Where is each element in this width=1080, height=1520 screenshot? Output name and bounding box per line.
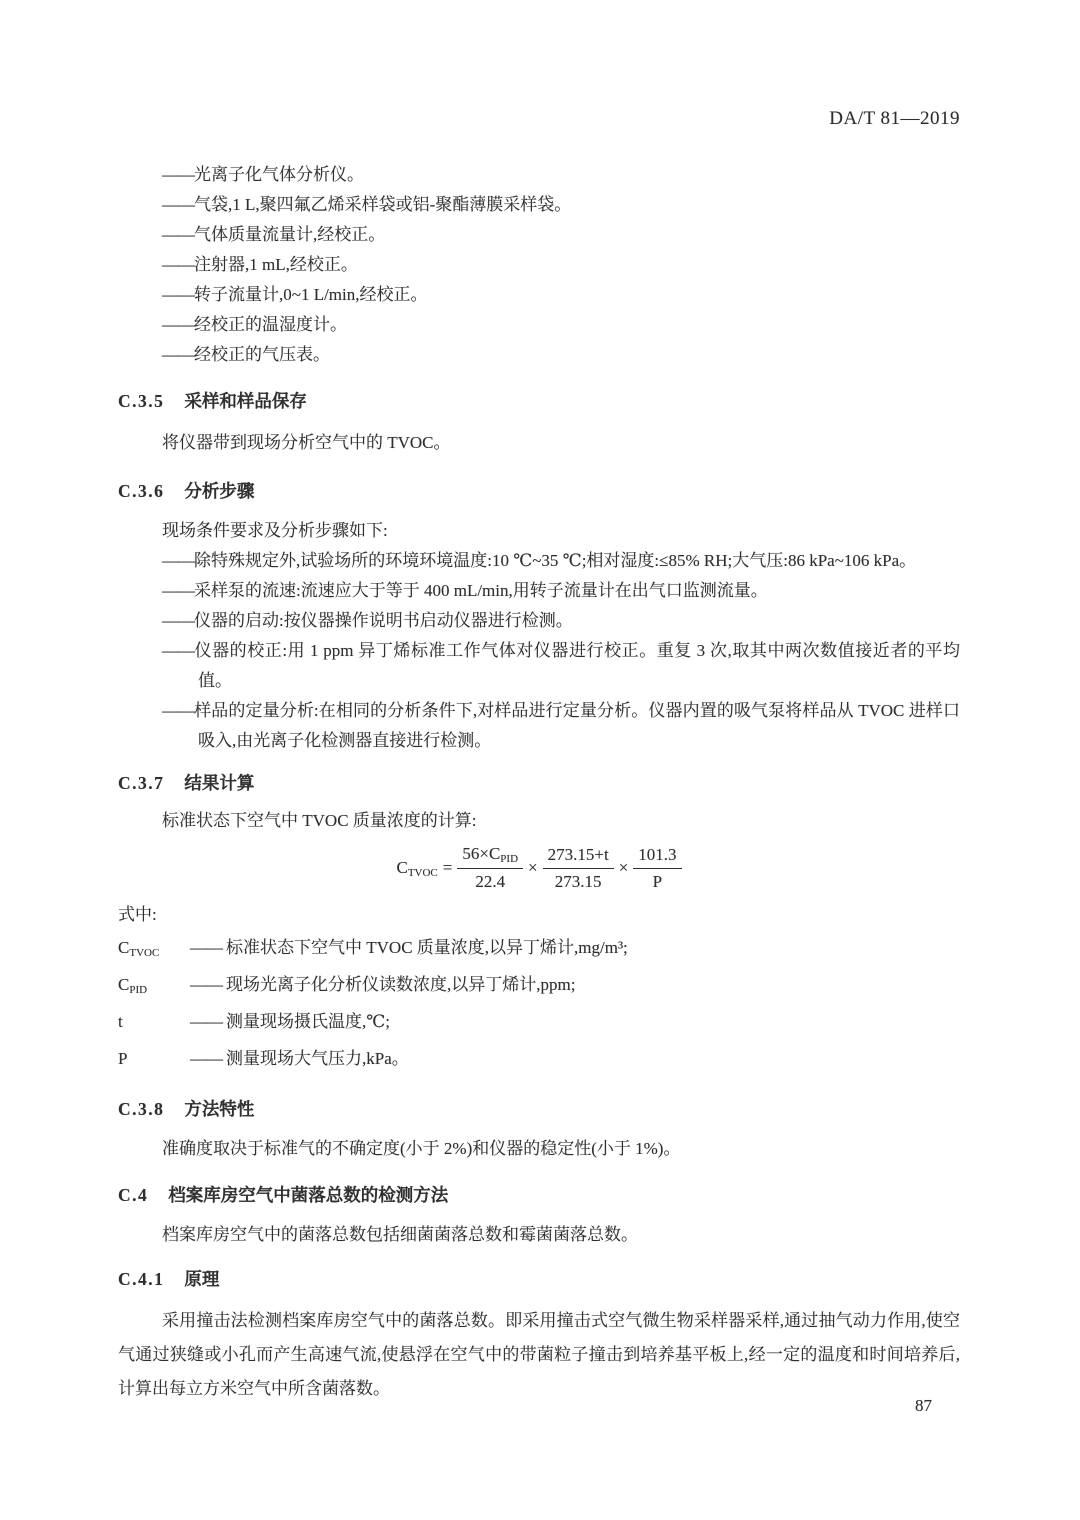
section-number: C.3.6	[118, 481, 164, 501]
list-dash: ——	[162, 165, 194, 184]
list-dash: ——	[162, 255, 194, 274]
symbol-base: P	[118, 1049, 127, 1068]
definition-row: P —— 测量现场大气压力,kPa。	[118, 1043, 960, 1080]
definition-row: CPID —— 现场光离子化分析仪读数浓度,以异丁烯计,ppm;	[118, 969, 960, 1006]
section-paragraph: 准确度取决于标准气的不确定度(小于 2%)和仪器的稳定性(小于 1%)。	[118, 1134, 960, 1164]
section-title: 原理	[184, 1269, 219, 1289]
list-item: ——样品的定量分析:在相同的分析条件下,对样品进行定量分析。仪器内置的吸气泵将样…	[162, 696, 960, 756]
definition-text: 测量现场大气压力,kPa。	[226, 1043, 960, 1080]
definition-text: 现场光离子化分析仪读数浓度,以异丁烯计,ppm;	[226, 969, 960, 1006]
list-item-text: 气袋,1 L,聚四氟乙烯采样袋或铝-聚酯薄膜采样袋。	[194, 195, 571, 214]
list-item-text: 转子流量计,0~1 L/min,经校正。	[194, 285, 428, 304]
section-number: C.3.8	[118, 1099, 164, 1119]
fraction-3-denominator: P	[648, 869, 667, 892]
formula-lhs-base: C	[396, 858, 407, 877]
fraction-2-denominator: 273.15	[550, 869, 607, 892]
definition-symbol: CTVOC	[118, 932, 190, 969]
document-page: DA/T 81—2019 ——光离子化气体分析仪。 ——气袋,1 L,聚四氟乙烯…	[0, 0, 1080, 1520]
section-heading-c37: C.3.7结果计算	[118, 770, 960, 796]
equals-sign: =	[443, 858, 453, 878]
list-dash: ——	[162, 285, 194, 304]
section-heading-c38: C.3.8方法特性	[118, 1096, 960, 1122]
tvoc-formula: CTVOC = 56×CPID 22.4 × 273.15+t 273.15 ×…	[396, 844, 681, 892]
section-paragraph: 采用撞击法检测档案库房空气中的菌落总数。即采用撞击式空气微生物采样器采样,通过抽…	[118, 1304, 960, 1406]
section-intro: 现场条件要求及分析步骤如下:	[118, 516, 960, 546]
list-item: ——除特殊规定外,试验场所的环境环境温度:10 ℃~35 ℃;相对湿度:≤85%…	[162, 546, 960, 576]
times-sign: ×	[619, 858, 629, 878]
fraction-1-numerator: 56×CPID	[457, 844, 523, 869]
list-item: ——仪器的启动:按仪器操作说明书启动仪器进行检测。	[162, 606, 960, 636]
fraction-2: 273.15+t 273.15	[543, 845, 614, 892]
list-dash: ——	[162, 701, 194, 720]
list-item: ——转子流量计,0~1 L/min,经校正。	[162, 280, 960, 310]
equipment-list: ——光离子化气体分析仪。 ——气袋,1 L,聚四氟乙烯采样袋或铝-聚酯薄膜采样袋…	[162, 160, 960, 370]
fraction-3-numerator: 101.3	[633, 845, 681, 869]
list-item-text: 经校正的气压表。	[194, 345, 330, 364]
section-title: 结果计算	[184, 773, 254, 793]
list-dash: ——	[162, 315, 194, 334]
doc-number-header: DA/T 81—2019	[118, 108, 960, 130]
formula-lhs-sub: TVOC	[408, 867, 438, 879]
symbol-base: C	[118, 975, 129, 994]
list-dash: ——	[162, 611, 194, 630]
page-content: DA/T 81—2019 ——光离子化气体分析仪。 ——气袋,1 L,聚四氟乙烯…	[118, 0, 960, 1406]
list-item: ——采样泵的流速:流速应大于等于 400 mL/min,用转子流量计在出气口监测…	[162, 576, 960, 606]
definition-dash: ——	[190, 932, 222, 969]
frac1-num-base: 56×C	[462, 844, 500, 863]
page-number: 87	[915, 1396, 932, 1416]
list-item: ——经校正的气压表。	[162, 340, 960, 370]
list-item-text: 除特殊规定外,试验场所的环境环境温度:10 ℃~35 ℃;相对湿度:≤85% R…	[194, 551, 916, 570]
list-item: ——光离子化气体分析仪。	[162, 160, 960, 190]
section-number: C.4.1	[118, 1269, 164, 1289]
fraction-2-numerator: 273.15+t	[543, 845, 614, 869]
section-heading-c35: C.3.5采样和样品保存	[118, 388, 960, 414]
symbol-definitions: CTVOC —— 标准状态下空气中 TVOC 质量浓度,以异丁烯计,mg/m³;…	[118, 932, 960, 1080]
definition-symbol: CPID	[118, 969, 190, 1006]
definition-row: CTVOC —— 标准状态下空气中 TVOC 质量浓度,以异丁烯计,mg/m³;	[118, 932, 960, 969]
section-heading-c41: C.4.1原理	[118, 1266, 960, 1292]
symbol-sub: PID	[129, 984, 147, 996]
section-number: C.3.5	[118, 391, 164, 411]
list-item-text: 采样泵的流速:流速应大于等于 400 mL/min,用转子流量计在出气口监测流量…	[194, 581, 768, 600]
list-item: ——仪器的校正:用 1 ppm 异丁烯标准工作气体对仪器进行校正。重复 3 次,…	[162, 636, 960, 696]
frac1-num-sub: PID	[500, 853, 518, 865]
section-number: C.3.7	[118, 773, 164, 793]
list-dash: ——	[162, 195, 194, 214]
definition-dash: ——	[190, 1043, 222, 1080]
list-dash: ——	[162, 641, 194, 660]
list-dash: ——	[162, 345, 194, 364]
list-item-text: 光离子化气体分析仪。	[194, 165, 364, 184]
fraction-1: 56×CPID 22.4	[457, 844, 523, 892]
analysis-steps-list: ——除特殊规定外,试验场所的环境环境温度:10 ℃~35 ℃;相对湿度:≤85%…	[162, 546, 960, 756]
where-label: 式中:	[118, 900, 960, 930]
section-title: 档案库房空气中菌落总数的检测方法	[168, 1185, 448, 1205]
symbol-base: C	[118, 938, 129, 957]
definition-dash: ——	[190, 1006, 222, 1043]
list-item: ——气体质量流量计,经校正。	[162, 220, 960, 250]
list-dash: ——	[162, 225, 194, 244]
list-item-text: 仪器的启动:按仪器操作说明书启动仪器进行检测。	[194, 611, 573, 630]
symbol-sub: TVOC	[129, 947, 159, 959]
section-paragraph: 档案库房空气中的菌落总数包括细菌菌落总数和霉菌菌落总数。	[118, 1220, 960, 1250]
list-item-text: 经校正的温湿度计。	[194, 315, 347, 334]
list-item-text: 仪器的校正:用 1 ppm 异丁烯标准工作气体对仪器进行校正。重复 3 次,取其…	[194, 641, 960, 690]
definition-text: 标准状态下空气中 TVOC 质量浓度,以异丁烯计,mg/m³;	[226, 932, 960, 969]
section-paragraph: 标准状态下空气中 TVOC 质量浓度的计算:	[118, 806, 960, 836]
formula-lhs: CTVOC	[396, 858, 437, 879]
section-title: 采样和样品保存	[184, 391, 307, 411]
list-dash: ——	[162, 551, 194, 570]
section-title: 分析步骤	[184, 481, 254, 501]
list-item-text: 注射器,1 mL,经校正。	[194, 255, 358, 274]
definition-symbol: P	[118, 1043, 190, 1080]
tvoc-formula-block: CTVOC = 56×CPID 22.4 × 273.15+t 273.15 ×…	[118, 844, 960, 892]
definition-dash: ——	[190, 969, 222, 1006]
section-heading-c4: C.4档案库房空气中菌落总数的检测方法	[118, 1182, 960, 1208]
definition-text: 测量现场摄氏温度,℃;	[226, 1006, 960, 1043]
section-number: C.4	[118, 1185, 148, 1205]
fraction-3: 101.3 P	[633, 845, 681, 892]
symbol-base: t	[118, 1012, 123, 1031]
fraction-1-denominator: 22.4	[470, 869, 510, 892]
section-paragraph: 将仪器带到现场分析空气中的 TVOC。	[118, 428, 960, 458]
section-title: 方法特性	[184, 1099, 254, 1119]
times-sign: ×	[528, 858, 538, 878]
definition-symbol: t	[118, 1006, 190, 1043]
section-heading-c36: C.3.6分析步骤	[118, 478, 960, 504]
list-item: ——气袋,1 L,聚四氟乙烯采样袋或铝-聚酯薄膜采样袋。	[162, 190, 960, 220]
list-item-text: 样品的定量分析:在相同的分析条件下,对样品进行定量分析。仪器内置的吸气泵将样品从…	[194, 701, 960, 750]
definition-row: t —— 测量现场摄氏温度,℃;	[118, 1006, 960, 1043]
list-item-text: 气体质量流量计,经校正。	[194, 225, 385, 244]
list-dash: ——	[162, 581, 194, 600]
list-item: ——经校正的温湿度计。	[162, 310, 960, 340]
list-item: ——注射器,1 mL,经校正。	[162, 250, 960, 280]
